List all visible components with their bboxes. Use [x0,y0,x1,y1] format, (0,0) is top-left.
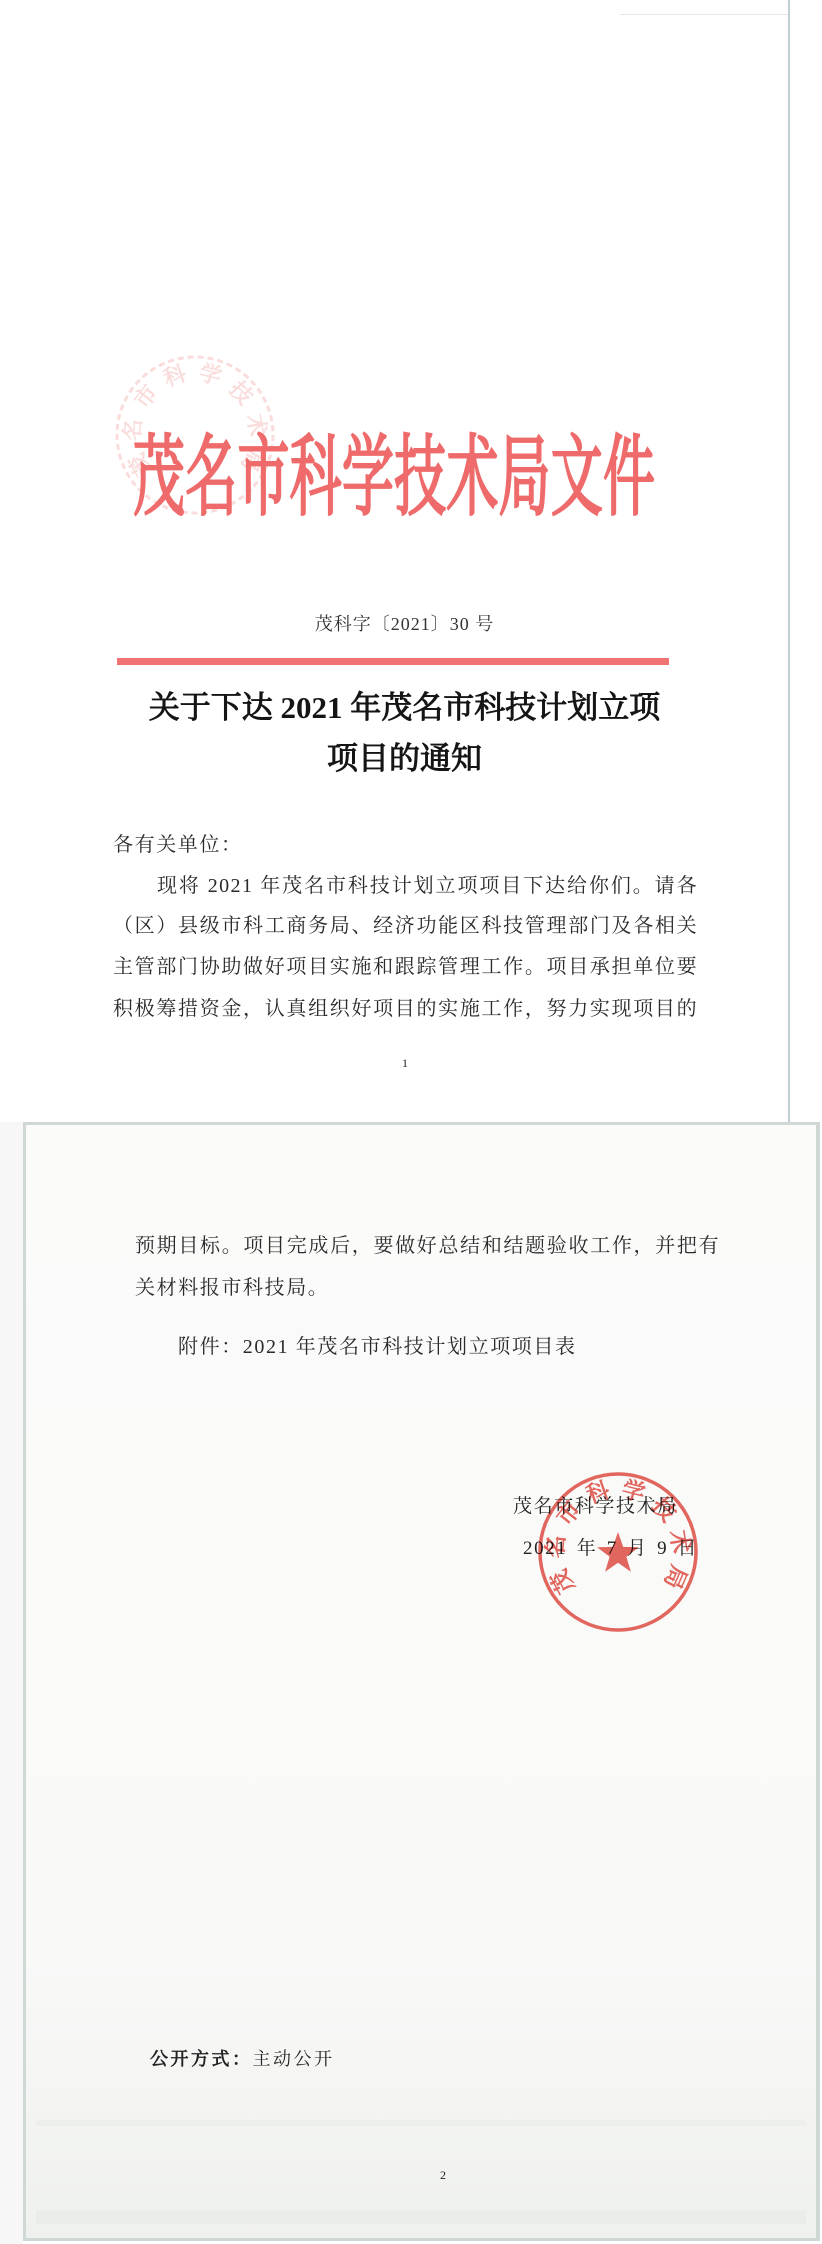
body-line-2: （区）县级市科工商务局、经济功能区科技管理部门及各相关 [113,914,698,938]
attachment-note: 附件：2021 年茂名市科技计划立项项目表 [178,1335,577,1359]
body-line-1: 现将 2021 年茂名市科技计划立项项目下达给你们。请各 [157,874,698,898]
official-seal-icon: 茂名市科学技术局 [528,1462,708,1642]
body-line-4: 积极筹措资金，认真组织好项目的实施工作，努力实现项目的 [113,997,698,1021]
star-icon [597,1532,639,1572]
disclosure-label: 公开方式： [150,2049,253,2069]
letterhead-title: 茂名市科学技术局文件 [133,436,655,524]
document-page-2: 预期目标。项目完成后，要做好总结和结题验收工作，并把有 关材料报市科技局。 附件… [23,1122,820,2241]
document-page-1: 茂名市科学技术局 茂名市科学技术局文件 茂科字〔2021〕30 号 关于下达 2… [0,0,790,1122]
scan-noise [36,2210,806,2224]
red-divider-rule [117,658,669,665]
page-number: 2 [440,2168,446,2182]
document-number: 茂科字〔2021〕30 号 [113,613,696,635]
body-line-6: 关材料报市科技局。 [135,1276,329,1300]
document-title-line-1: 关于下达 2021 年茂名市科技计划立项 [113,690,696,726]
body-line-3: 主管部门协助做好项目实施和跟踪管理工作。项目承担单位要 [113,955,698,979]
scan-noise [36,2120,806,2126]
salutation: 各有关单位： [113,833,243,857]
document-title-line-2: 项目的通知 [113,741,696,777]
page-edge [620,14,788,15]
page-gap [0,1122,23,2244]
disclosure-value: 主动公开 [253,2049,335,2069]
page-number: 1 [402,1056,408,1070]
disclosure-method: 公开方式：主动公开 [150,2048,335,2070]
body-line-5: 预期目标。项目完成后，要做好总结和结题验收工作，并把有 [135,1234,720,1258]
